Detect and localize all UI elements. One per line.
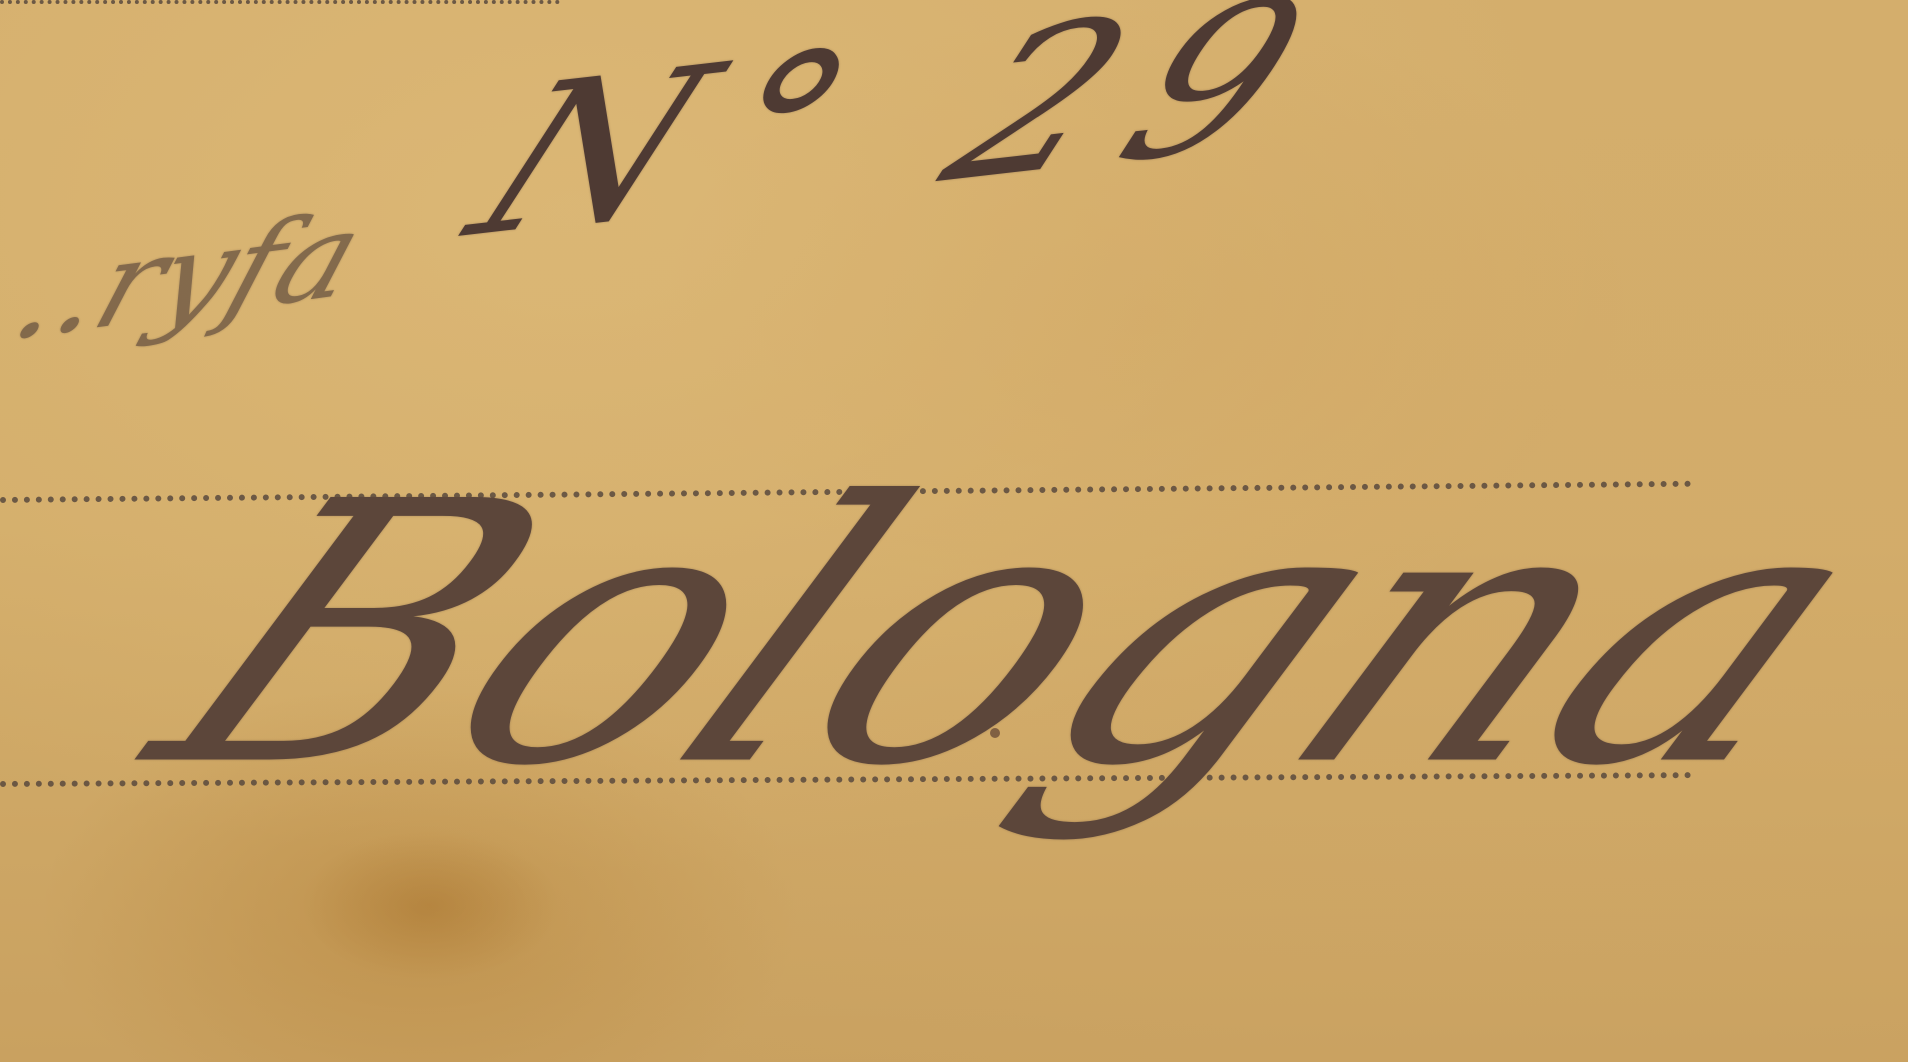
- handwritten-fragment: ...ryfa: [0, 186, 378, 373]
- dotted-rule-top: [0, 0, 560, 4]
- aged-paper-document: ...ryfa N° 29 Bologna: [0, 0, 1908, 1062]
- handwritten-number: N° 29: [440, 0, 1372, 285]
- paper-stain: [300, 830, 560, 980]
- handwritten-place-name: Bologna: [95, 427, 1908, 846]
